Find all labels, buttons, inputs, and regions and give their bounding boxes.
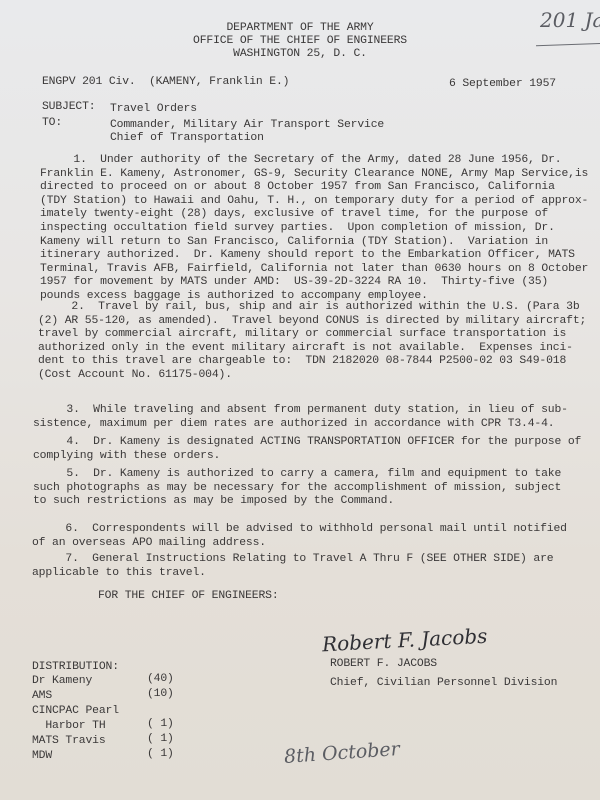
signer-title: Chief, Civilian Personnel Division — [330, 677, 557, 690]
paragraph-6-line: of an overseas APO mailing address. — [32, 537, 266, 550]
letterhead-address: WASHINGTON 25, D. C. — [0, 48, 600, 61]
to-recipient-1: Commander, Military Air Transport Servic… — [110, 119, 384, 132]
paragraph-1-line: Terminal, Travis AFB, Fairfield, Califor… — [40, 263, 588, 276]
handwritten-file-note: 201 Ja — [540, 8, 600, 32]
file-reference: ENGPV 201 Civ. (KAMENY, Franklin E.) — [42, 76, 289, 89]
handwritten-date-note: 8th October — [283, 738, 400, 768]
distribution-recipient: CINCPAC Pearl — [32, 705, 119, 718]
distribution-count: (40) — [147, 673, 174, 686]
letterhead-department: DEPARTMENT OF THE ARMY — [0, 22, 600, 35]
letterhead-office: OFFICE OF THE CHIEF OF ENGINEERS — [0, 35, 600, 48]
paragraph-2-line: authorized only in the event military ai… — [38, 342, 573, 355]
distribution-count: ( 1) — [147, 718, 174, 731]
paragraph-1-line: inspecting occultation field survey part… — [40, 222, 555, 235]
distribution-recipient: Dr Kameny — [32, 675, 92, 688]
paragraph-6-line: 6. Correspondents will be advised to wit… — [32, 523, 567, 536]
paragraph-1-line: Franklin E. Kameny, Astronomer, GS-9, Se… — [40, 168, 588, 181]
to-recipient-2: Chief of Transportation — [110, 132, 264, 145]
to-label: TO: — [42, 117, 62, 130]
paragraph-2-line: travel by commercial aircraft, military … — [38, 328, 566, 341]
subject-value: Travel Orders — [110, 103, 197, 116]
distribution-count: ( 1) — [147, 733, 174, 746]
paragraph-5-line: 5. Dr. Kameny is authorized to carry a c… — [33, 468, 561, 481]
paragraph-4-line: complying with these orders. — [33, 450, 220, 463]
closing-line: FOR THE CHIEF OF ENGINEERS: — [98, 590, 279, 603]
distribution-count: ( 1) — [147, 748, 174, 761]
paragraph-1-line: (TDY Station) to Hawaii and Oahu, T. H.,… — [40, 195, 588, 208]
paragraph-1-line: 1957 for movement by MATS under AMD: US-… — [40, 276, 548, 289]
distribution-count: (10) — [147, 688, 174, 701]
travel-orders-document: DEPARTMENT OF THE ARMY OFFICE OF THE CHI… — [0, 0, 600, 800]
paragraph-2-line: (Cost Account No. 61175-004). — [38, 369, 232, 382]
paragraph-1-line: imately twenty-eight (28) days, exclusiv… — [40, 208, 548, 221]
distribution-recipient: MATS Travis — [32, 735, 106, 748]
paragraph-1-line: 1. Under authority of the Secretary of t… — [40, 154, 561, 167]
distribution-label: DISTRIBUTION: — [32, 661, 119, 674]
paragraph-3-line: sistence, maximum per diem rates are aut… — [33, 418, 554, 431]
distribution-recipient: AMS — [32, 690, 52, 703]
paragraph-4-line: 4. Dr. Kameny is designated ACTING TRANS… — [33, 436, 581, 449]
handwritten-signature: Robert F. Jacobs — [321, 624, 487, 657]
paragraph-2-line: (2) AR 55-120, as amended). Travel beyon… — [38, 315, 586, 328]
paragraph-1-line: Kameny will return to San Francisco, Cal… — [40, 236, 548, 249]
subject-label: SUBJECT: — [42, 101, 95, 114]
distribution-recipient: MDW — [32, 750, 52, 763]
paragraph-1-line: itinerary authorized. Dr. Kameny should … — [40, 249, 575, 262]
paragraph-5-line: such photographs as may be necessary for… — [33, 482, 561, 495]
paragraph-2-line: dent to this travel are chargeable to: T… — [38, 355, 566, 368]
paragraph-5-line: to such restrictions as may be imposed b… — [33, 495, 394, 508]
paragraph-2-line: 2. Travel by rail, bus, ship and air is … — [38, 301, 580, 314]
document-date: 6 September 1957 — [449, 78, 556, 91]
paragraph-1-line: directed to proceed on or about 8 Octobe… — [40, 181, 555, 194]
paragraph-3-line: 3. While traveling and absent from perma… — [33, 404, 568, 417]
paragraph-7-line: applicable to this travel. — [32, 567, 206, 580]
distribution-recipient: Harbor TH — [32, 720, 106, 733]
paragraph-7-line: 7. General Instructions Relating to Trav… — [32, 553, 553, 566]
signer-name: ROBERT F. JACOBS — [330, 658, 437, 671]
